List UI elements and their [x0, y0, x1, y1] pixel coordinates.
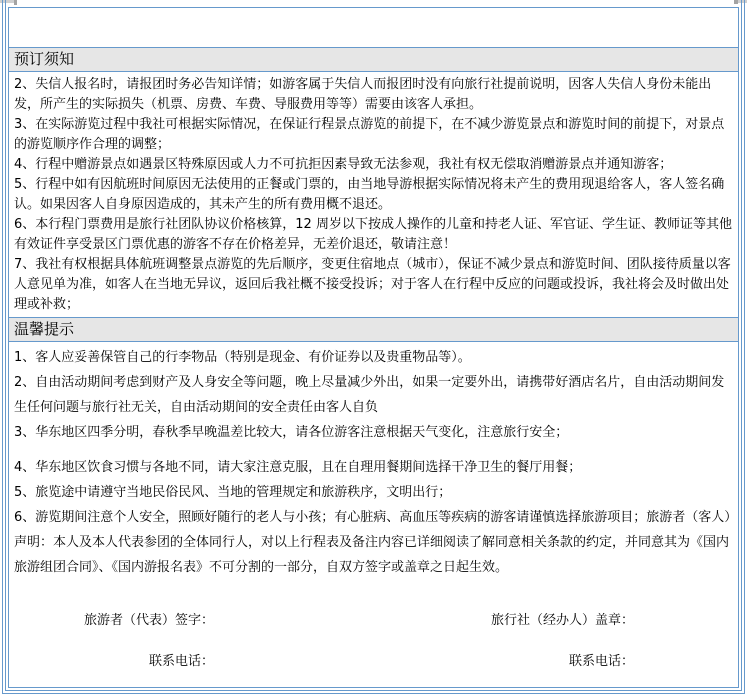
top-empty-row [9, 8, 738, 47]
notice-item: 5、行程中如有因航班时间原因无法使用的正餐或门票的，由当地导游根据实际情况将未产… [14, 175, 732, 215]
notice-item: 2、失信人报名时，请报团时务必告知详情；如游客属于失信人而报团时没有向旅行社提前… [14, 75, 732, 115]
tip-item: 6、游览期间注意个人安全，照顾好随行的老人与小孩；有心脏病、高血压等疾病的游客请… [14, 505, 732, 580]
inner-content-table: 预订须知 2、失信人报名时，请报团时务必告知详情；如游客属于失信人而报团时没有向… [8, 7, 739, 688]
section-header-warm-tips: 温馨提示 [9, 317, 738, 342]
booking-notice-page: 预订须知 2、失信人报名时，请报团时务必告知详情；如游客属于失信人而报团时没有向… [0, 0, 747, 697]
notice-item: 4、行程中赠游景点如遇景区特殊原因或人力不可抗拒因素导致无法参观，我社有权无偿取… [14, 155, 732, 175]
tip-item: 4、华东地区饮食习惯与各地不同，请大家注意克服，且在自理用餐期间选择干净卫生的餐… [14, 455, 732, 480]
signature-area: 旅游者（代表）签字： 旅行社（经办人）盖章： 联系电话： 联系电话： [14, 608, 732, 674]
signature-row: 旅游者（代表）签字： 旅行社（经办人）盖章： [14, 608, 732, 633]
tip-item: 5、旅览途中请遵守当地民俗民风、当地的管理规定和旅游秩序，文明出行； [14, 480, 732, 505]
signature-row: 联系电话： 联系电话： [14, 649, 732, 674]
section-title: 温馨提示 [14, 320, 74, 338]
notice-item: 3、在实际游览过程中我社可根据实际情况，在保证行程景点游览的前提下，在不减少游览… [14, 115, 732, 155]
agency-phone-label: 联系电话： [214, 649, 634, 674]
warm-tips-content: 1、客人应妥善保管自己的行李物品（特别是现金、有价证券以及贵重物品等）。 2、自… [9, 342, 738, 676]
notice-item: 7、我社有权根据具体航班调整景点游览的先后顺序，变更住宿地点（城市），保证不减少… [14, 255, 732, 315]
section-header-booking-notice: 预订须知 [9, 47, 738, 72]
booking-notice-content: 2、失信人报名时，请报团时务必告知详情；如游客属于失信人而报团时没有向旅行社提前… [9, 72, 738, 317]
traveler-phone-label: 联系电话： [14, 649, 214, 674]
agency-stamp-label: 旅行社（经办人）盖章： [214, 608, 634, 633]
notice-item: 6、本行程门票费用是旅行社团队协议价格核算，12 周岁以下按成人操作的儿童和持老… [14, 215, 732, 255]
tip-item: 3、华东地区四季分明，春秋季早晚温差比较大，请各位游客注意根据天气变化，注意旅行… [14, 420, 732, 445]
tip-item: 2、自由活动期间考虑到财产及人身安全等问题，晚上尽量减少外出，如果一定要外出，请… [14, 370, 732, 420]
tip-item: 1、客人应妥善保管自己的行李物品（特别是现金、有价证券以及贵重物品等）。 [14, 345, 732, 370]
section-title: 预订须知 [14, 50, 74, 68]
traveler-sign-label: 旅游者（代表）签字： [14, 608, 214, 633]
